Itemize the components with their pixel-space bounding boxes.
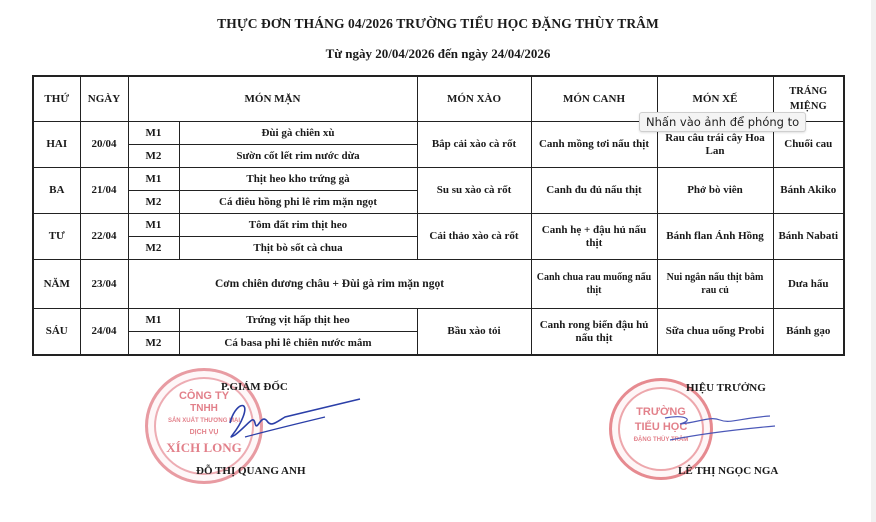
- m1-label: M1: [128, 214, 179, 237]
- left-signatory-name: ĐỖ THỊ QUANG ANH: [196, 465, 306, 477]
- m2-dish: Sườn cốt lết rim nước dừa: [179, 145, 417, 168]
- day-cell: NĂM: [33, 260, 80, 309]
- left-signature-icon: [205, 393, 365, 453]
- canh-cell: Canh đu đủ nấu thịt: [531, 168, 657, 214]
- header-mon-xao: MÓN XÀO: [417, 76, 531, 122]
- canh-cell: Canh rong biển đậu hủ nấu thịt: [531, 309, 657, 356]
- header-trang-mieng-line2: MIỆNG: [790, 101, 827, 112]
- day-cell: BA: [33, 168, 80, 214]
- combined-dish-cell: Cơm chiên dương châu + Đùi gà rim mặn ng…: [128, 260, 531, 309]
- xe-cell: Nui ngắn nấu thịt bằm rau củ: [657, 260, 773, 309]
- left-signatory-title: P.GIÁM ĐỐC: [221, 381, 288, 393]
- right-signatory-name: LÊ THỊ NGỌC NGA: [678, 465, 778, 477]
- date-cell: 21/04: [80, 168, 128, 214]
- xe-cell: Phở bò viên: [657, 168, 773, 214]
- trang-mieng-cell: Bánh Akiko: [773, 168, 844, 214]
- canh-cell: Canh hẹ + đậu hủ nấu thịt: [531, 214, 657, 260]
- date-cell: 20/04: [80, 122, 128, 168]
- table-row: SÁU 24/04 M1 Trứng vịt hấp thịt heo Bầu …: [33, 309, 844, 332]
- m1-dish: Trứng vịt hấp thịt heo: [179, 309, 417, 332]
- day-cell: TƯ: [33, 214, 80, 260]
- xe-cell: Sữa chua uống Probi: [657, 309, 773, 356]
- zoom-hint-tooltip: Nhấn vào ảnh để phóng to: [639, 112, 806, 132]
- xao-cell: Su su xào cà rốt: [417, 168, 531, 214]
- m1-dish: Thịt heo kho trứng gà: [179, 168, 417, 191]
- day-cell: SÁU: [33, 309, 80, 356]
- xe-cell: Bánh flan Ánh Hồng: [657, 214, 773, 260]
- date-cell: 23/04: [80, 260, 128, 309]
- m1-dish: Tôm đất rim thịt heo: [179, 214, 417, 237]
- m1-label: M1: [128, 168, 179, 191]
- m2-label: M2: [128, 332, 179, 356]
- header-mon-man: MÓN MẶN: [128, 76, 417, 122]
- trang-mieng-cell: Bánh Nabati: [773, 214, 844, 260]
- header-trang-mieng-line1: TRÁNG: [789, 86, 827, 97]
- canh-cell: Canh chua rau muống nấu thịt: [531, 260, 657, 309]
- scrollbar-gutter: [871, 0, 876, 522]
- m2-dish: Cá basa phi lê chiên nước mắm: [179, 332, 417, 356]
- m2-dish: Cá điêu hồng phi lê rim mặn ngọt: [179, 191, 417, 214]
- document-title: THỰC ĐƠN THÁNG 04/2026 TRƯỜNG TIỂU HỌC Đ…: [0, 16, 876, 32]
- date-cell: 24/04: [80, 309, 128, 356]
- document-subtitle: Từ ngày 20/04/2026 đến ngày 24/04/2026: [0, 46, 876, 62]
- m2-label: M2: [128, 145, 179, 168]
- trang-mieng-cell: Dưa hấu: [773, 260, 844, 309]
- right-signature-icon: [660, 410, 790, 450]
- table-row: BA 21/04 M1 Thịt heo kho trứng gà Su su …: [33, 168, 844, 191]
- m1-label: M1: [128, 122, 179, 145]
- header-thu: THỨ: [33, 76, 80, 122]
- xao-cell: Bắp cải xào cà rốt: [417, 122, 531, 168]
- header-ngay: NGÀY: [80, 76, 128, 122]
- trang-mieng-cell: Bánh gạo: [773, 309, 844, 356]
- xao-cell: Bầu xào tỏi: [417, 309, 531, 356]
- m2-label: M2: [128, 191, 179, 214]
- date-cell: 22/04: [80, 214, 128, 260]
- right-signatory-title: HIỆU TRƯỞNG: [686, 382, 766, 394]
- m1-dish: Đùi gà chiên xù: [179, 122, 417, 145]
- m2-label: M2: [128, 237, 179, 260]
- xao-cell: Cải thảo xào cà rốt: [417, 214, 531, 260]
- day-cell: HAI: [33, 122, 80, 168]
- table-row: TƯ 22/04 M1 Tôm đất rim thịt heo Cải thả…: [33, 214, 844, 237]
- m1-label: M1: [128, 309, 179, 332]
- table-row: NĂM 23/04 Cơm chiên dương châu + Đùi gà …: [33, 260, 844, 309]
- m2-dish: Thịt bò sốt cà chua: [179, 237, 417, 260]
